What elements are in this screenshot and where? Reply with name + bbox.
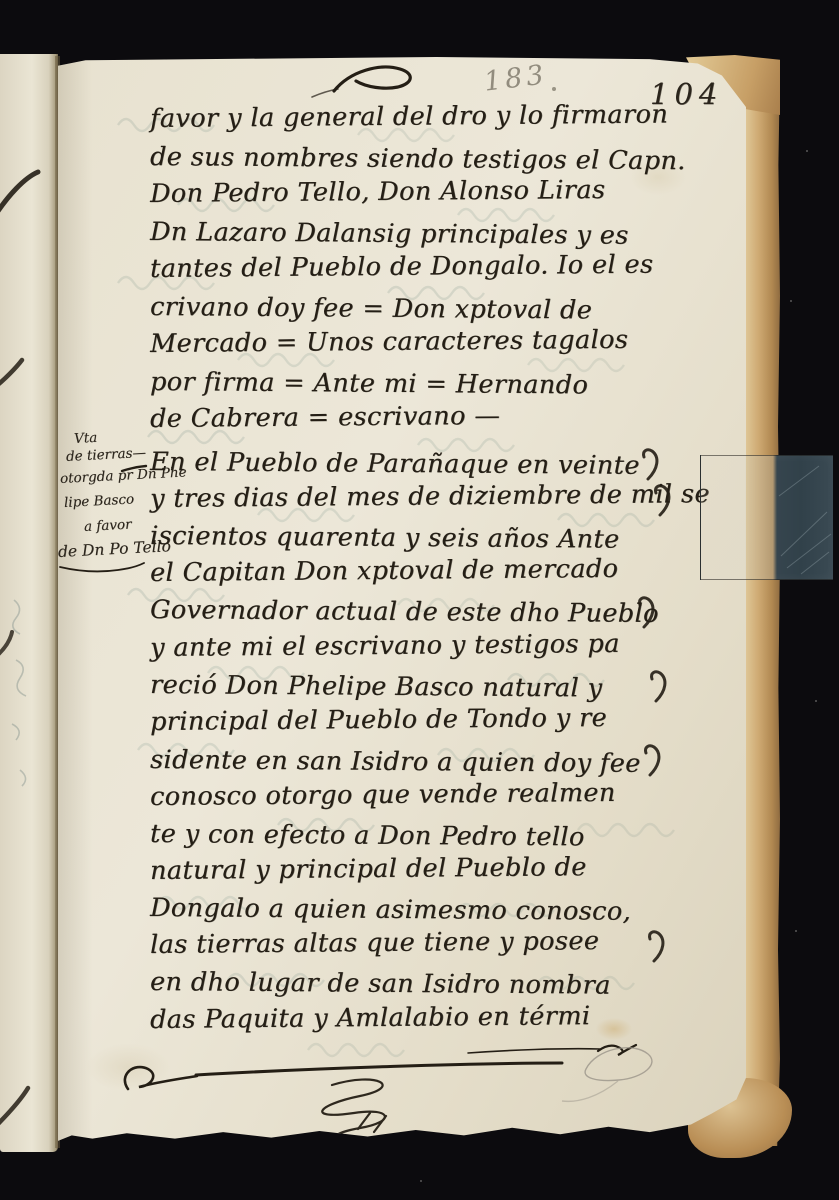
manuscript-scan: 183 104 Vta de tierras— otorgda pr Dn Ph… [0,0,839,1200]
manuscript-line: favor y la general del dro y lo firmaron [150,102,668,132]
manuscript-line: y tres dias del mes de diziembre de mil … [150,482,710,512]
manuscript-line: iscientos quarenta y seis años Ante [150,524,620,553]
manuscript-line: por firma = Ante mi = Hernando [150,370,588,399]
facing-page-strip [0,54,58,1152]
plastic-tab [700,455,833,580]
manuscript-line: en dho lugar de san Isidro nombra [150,970,611,999]
dust-speck [420,1180,422,1182]
manuscript-page: 183 104 Vta de tierras— otorgda pr Dn Ph… [58,57,746,1143]
manuscript-line: En el Pueblo de Parañaque en veinte [150,450,640,479]
manuscript-line: y ante mi el escrivano y testigos pa [150,632,620,662]
manuscript-line: sidente en san Isidro a quien doy fee [150,748,641,777]
margin-note-line: de tierras— [66,445,147,465]
pencil-dot [552,87,556,91]
manuscript-line: las tierras altas que tiene y posee [150,929,600,958]
page-edge-stack [740,56,780,1146]
manuscript-line: das Paquita y Amlalabio en térmi [150,1004,591,1033]
manuscript-line: Mercado = Unos caracteres tagalos [150,328,629,358]
manuscript-line: de Cabrera = escrivano — [150,404,500,433]
manuscript-line: crivano doy fee = Don xptoval de [150,295,592,324]
manuscript-line: el Capitan Don xptoval de mercado [150,557,619,587]
manuscript-line: Dn Lazaro Dalansig principales y es [150,220,629,249]
dust-speck [795,930,797,932]
manuscript-line: reció Don Phelipe Basco natural y [150,673,603,702]
margin-note-line: lipe Basco [64,491,135,511]
margin-note-line: a favor [84,517,132,535]
manuscript-line: conosco otorgo que vende realmen [150,781,616,811]
manuscript-line: Don Pedro Tello, Don Alonso Liras [150,178,606,207]
manuscript-line: principal del Pueblo de Tondo y re [150,706,607,735]
dust-speck [806,150,808,152]
manuscript-line: te y con efecto a Don Pedro tello [150,822,585,851]
dust-speck [815,700,817,702]
manuscript-line: Governador actual de este dho Pueblo [150,598,659,627]
margin-note-line: Vta [74,430,98,447]
manuscript-line: natural y principal del Pueblo de [150,855,587,884]
manuscript-line: de sus nombres siendo testigos el Capn. [150,145,686,175]
dust-speck [790,300,792,302]
manuscript-line: Dongalo a quien asimesmo conosco, [150,896,631,925]
tab-scratches [701,456,833,579]
folio-number-pencil: 183 [482,59,549,98]
manuscript-line: tantes del Pueblo de Dongalo. Io el es [150,253,654,283]
